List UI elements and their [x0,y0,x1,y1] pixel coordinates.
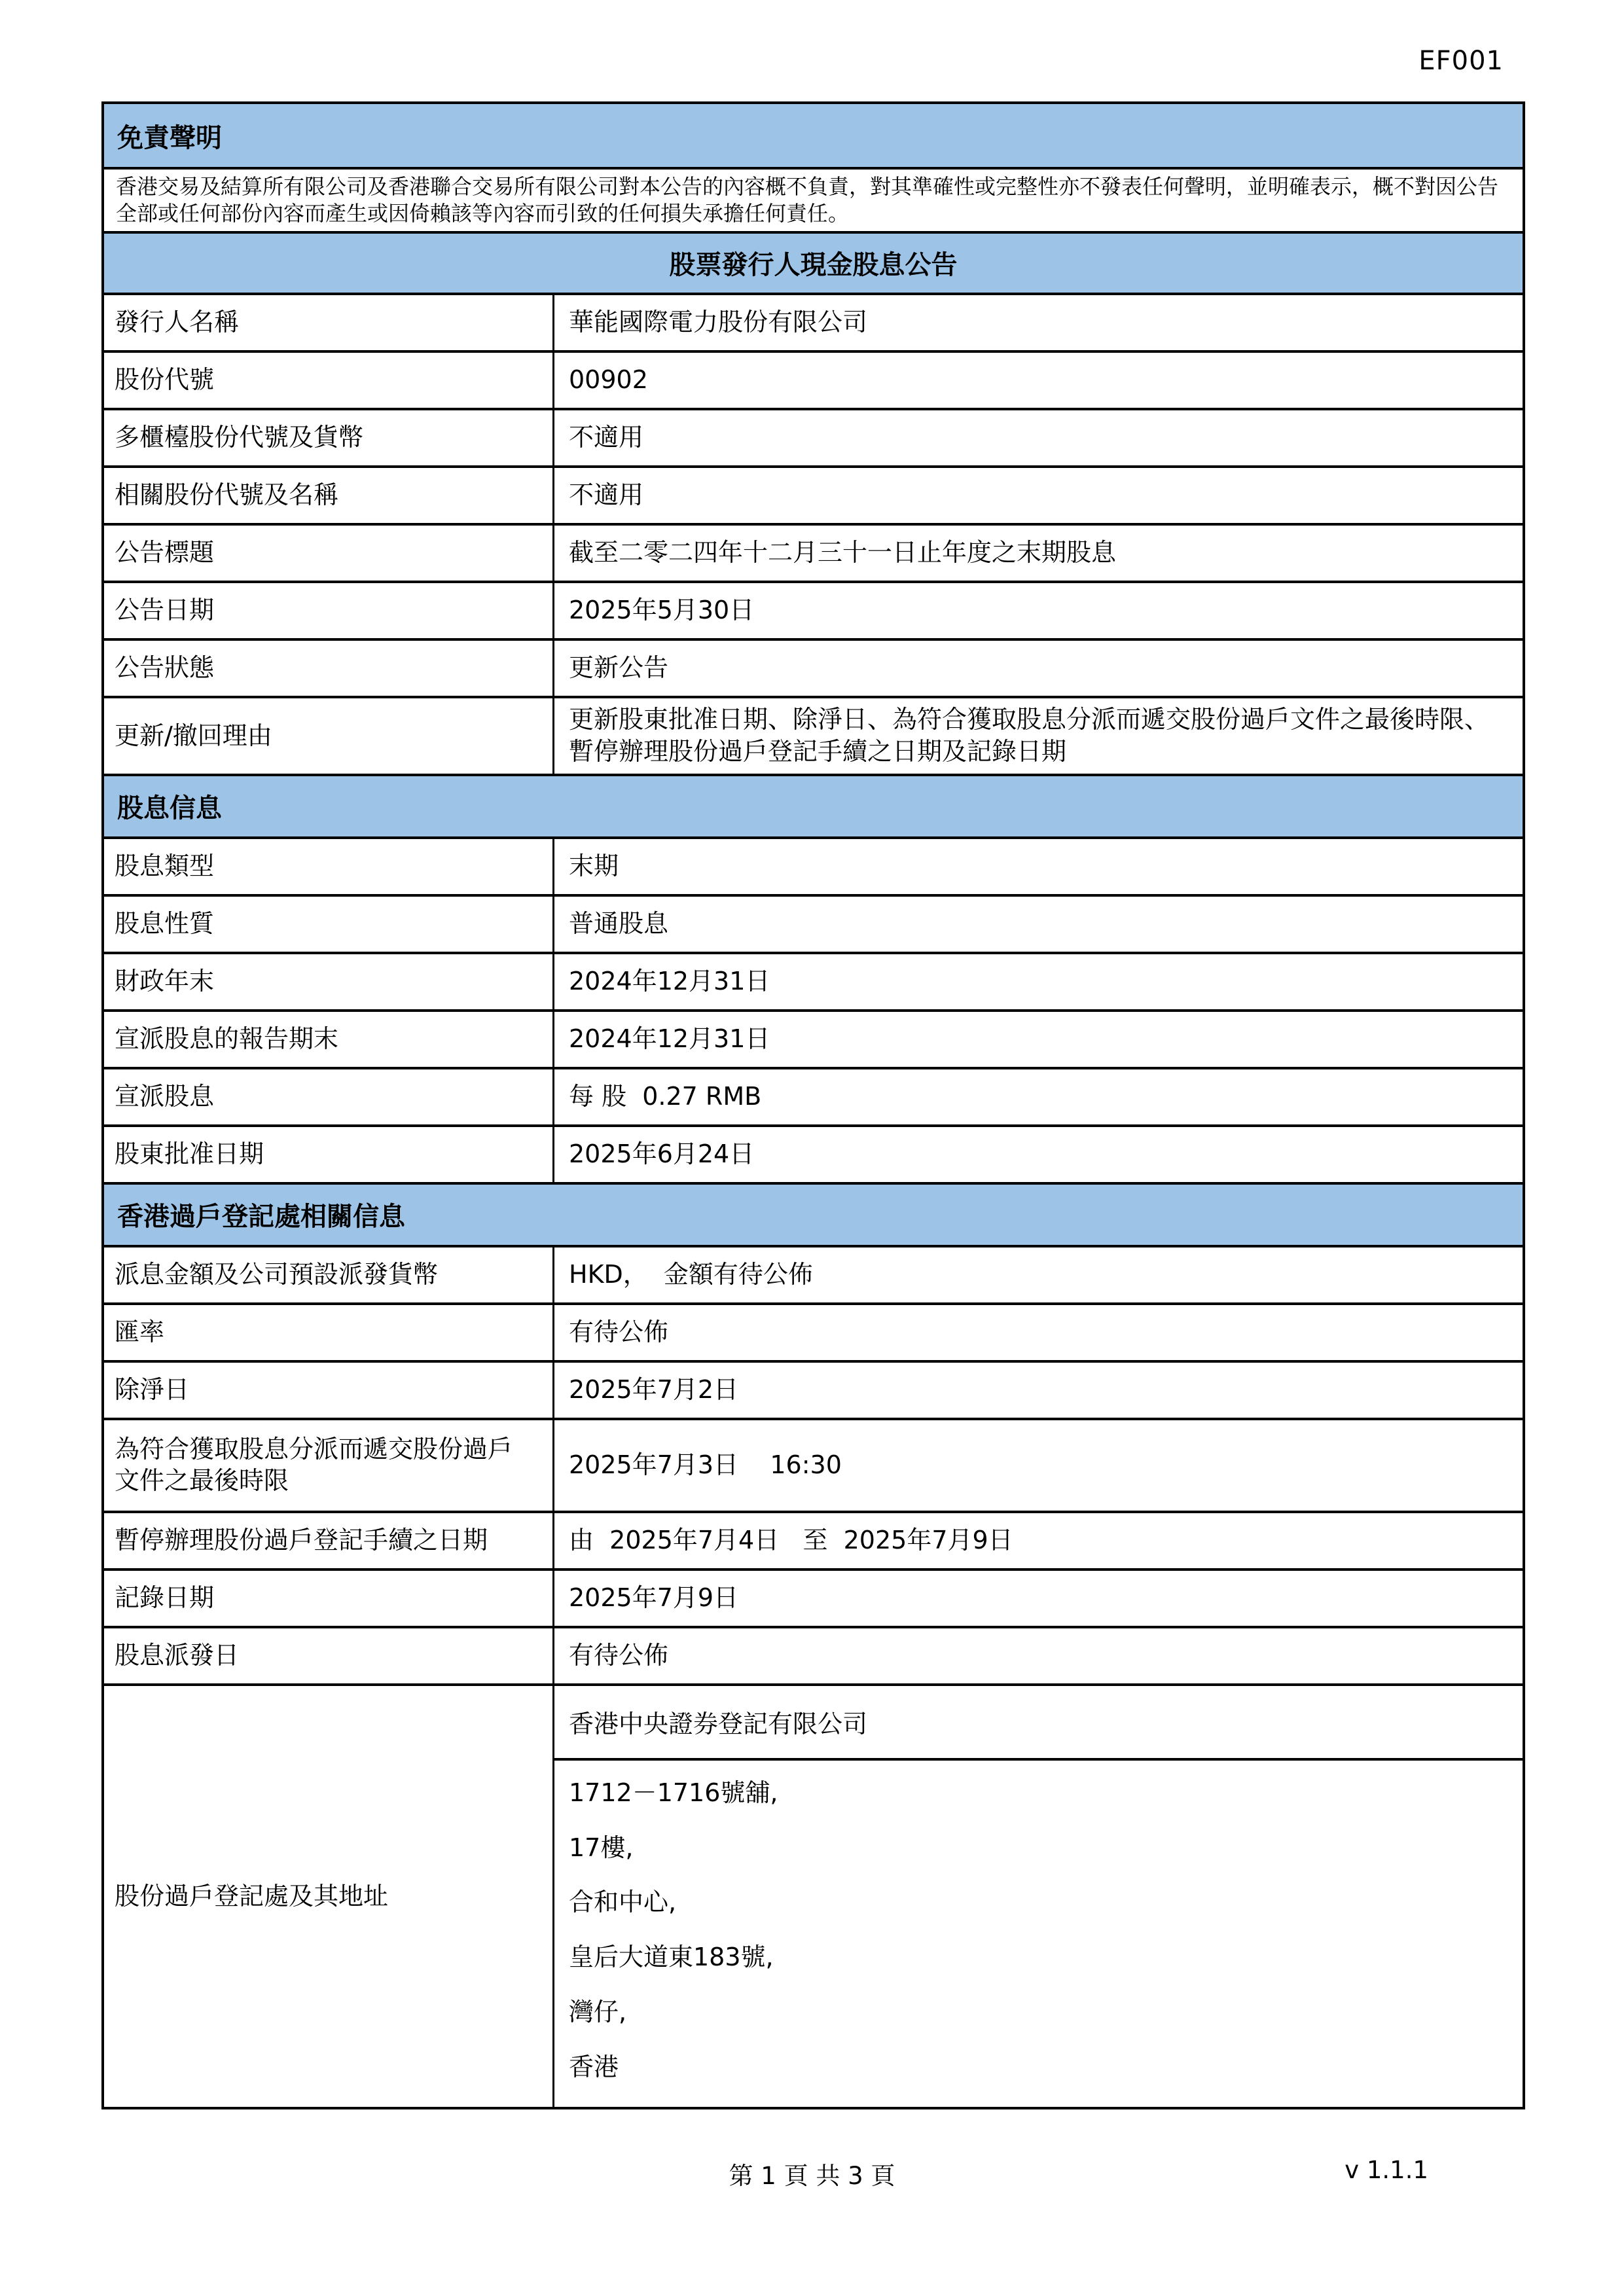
disclaimer-heading: 免責聲明 [117,117,222,154]
table-row: 宣派股息的報告期末 2024年12月31日 [104,1009,1523,1067]
announcement-title: 股票發行人現金股息公告 [670,244,958,281]
registrar-address-line: 香港 [569,2052,1509,2083]
table-row: 公告狀態 更新公告 [104,638,1523,696]
row-label: 宣派股息的報告期末 [104,1012,554,1067]
row-value: 由 2025年7月4日 至 2025年7月9日 [554,1513,1523,1568]
table-row: 公告日期 2025年5月30日 [104,581,1523,638]
registrar-label: 股份過戶登記處及其地址 [104,1686,554,2107]
disclaimer-body: 香港交易及結算所有限公司及香港聯合交易所有限公司對本公告的內容概不負責，對其準確… [104,167,1523,231]
row-label: 為符合獲取股息分派而遞交股份過戶文件之最後時限 [104,1420,554,1511]
row-label: 財政年末 [104,954,554,1009]
hk-registry-section-heading: 香港過戶登記處相關信息 [117,1196,405,1233]
table-row: 股份代號 00902 [104,350,1523,408]
table-row: 股息性質 普通股息 [104,894,1523,952]
announcement-title-bar: 股票發行人現金股息公告 [104,231,1523,293]
row-label: 相關股份代號及名稱 [104,468,554,523]
registrar-address-line: 皇后大道東183號, [569,1942,1509,1973]
row-value: 截至二零二四年十二月三十一日止年度之末期股息 [554,526,1523,581]
row-label: 匯率 [104,1305,554,1360]
announcement-table: 免責聲明 香港交易及結算所有限公司及香港聯合交易所有限公司對本公告的內容概不負責… [101,101,1525,2109]
row-label: 股息性質 [104,897,554,952]
row-value: 2025年7月3日 16:30 [554,1420,1523,1511]
table-row: 匯率 有待公佈 [104,1302,1523,1360]
row-value: 2025年6月24日 [554,1127,1523,1182]
row-label: 暫停辦理股份過戶登記手續之日期 [104,1513,554,1568]
registrar-row: 股份過戶登記處及其地址 香港中央證券登記有限公司 1712－1716號舖, 17… [104,1683,1523,2107]
row-label: 記錄日期 [104,1571,554,1626]
row-value: 2024年12月31日 [554,954,1523,1009]
row-label: 公告日期 [104,583,554,638]
table-row: 公告標題 截至二零二四年十二月三十一日止年度之末期股息 [104,523,1523,581]
row-value: HKD， 金額有待公佈 [554,1247,1523,1302]
row-value: 2025年7月9日 [554,1571,1523,1626]
table-row: 發行人名稱 華能國際電力股份有限公司 [104,293,1523,350]
table-row: 相關股份代號及名稱 不適用 [104,465,1523,523]
row-value: 華能國際電力股份有限公司 [554,295,1523,350]
registrar-address-line: 合和中心, [569,1887,1509,1918]
hk-registry-section-bar: 香港過戶登記處相關信息 [104,1182,1523,1245]
registrar-address-line: 灣仔, [569,1997,1509,2028]
table-row: 多櫃檯股份代號及貨幣 不適用 [104,408,1523,465]
disclaimer-header-bar: 免責聲明 [104,104,1523,167]
registrar-address-line: 17樓, [569,1833,1509,1864]
form-code: EF001 [1418,46,1504,76]
row-value: 00902 [554,353,1523,408]
registrar-name: 香港中央證券登記有限公司 [554,1686,1523,1761]
row-value: 有待公佈 [554,1305,1523,1360]
row-label: 公告狀態 [104,641,554,696]
row-label: 股東批准日期 [104,1127,554,1182]
row-value: 末期 [554,839,1523,894]
row-value: 不適用 [554,468,1523,523]
table-row: 除淨日 2025年7月2日 [104,1360,1523,1418]
row-label: 除淨日 [104,1363,554,1418]
table-row: 股息派發日 有待公佈 [104,1626,1523,1683]
row-label: 多櫃檯股份代號及貨幣 [104,410,554,465]
table-row: 為符合獲取股息分派而遞交股份過戶文件之最後時限 2025年7月3日 16:30 [104,1418,1523,1511]
table-row: 股息類型 末期 [104,836,1523,894]
table-row: 派息金額及公司預設派發貨幣 HKD， 金額有待公佈 [104,1245,1523,1302]
form-version: v 1.1.1 [1344,2156,1428,2184]
registrar-details: 香港中央證券登記有限公司 1712－1716號舖, 17樓, 合和中心, 皇后大… [554,1686,1523,2107]
table-row: 財政年末 2024年12月31日 [104,952,1523,1009]
row-label: 派息金額及公司預設派發貨幣 [104,1247,554,1302]
row-value: 不適用 [554,410,1523,465]
row-label: 發行人名稱 [104,295,554,350]
row-value: 有待公佈 [554,1628,1523,1683]
document-page: EF001 免責聲明 香港交易及結算所有限公司及香港聯合交易所有限公司對本公告的… [0,0,1624,2296]
row-label: 更新/撤回理由 [104,698,554,774]
row-label: 股息類型 [104,839,554,894]
row-value: 普通股息 [554,897,1523,952]
row-label: 股息派發日 [104,1628,554,1683]
row-label: 股份代號 [104,353,554,408]
dividend-section-bar: 股息信息 [104,774,1523,836]
row-label: 公告標題 [104,526,554,581]
row-value: 更新股東批准日期、除淨日、為符合獲取股息分派而遞交股份過戶文件之最後時限、暫停辦… [554,698,1523,774]
row-label: 宣派股息 [104,1069,554,1124]
table-row: 記錄日期 2025年7月9日 [104,1568,1523,1626]
table-row: 更新/撤回理由 更新股東批准日期、除淨日、為符合獲取股息分派而遞交股份過戶文件之… [104,696,1523,774]
registrar-address: 1712－1716號舖, 17樓, 合和中心, 皇后大道東183號, 灣仔, 香… [554,1761,1523,2107]
row-value: 更新公告 [554,641,1523,696]
dividend-section-heading: 股息信息 [117,787,222,825]
row-value: 2025年5月30日 [554,583,1523,638]
table-row: 暫停辦理股份過戶登記手續之日期 由 2025年7月4日 至 2025年7月9日 [104,1511,1523,1568]
table-row: 股東批准日期 2025年6月24日 [104,1124,1523,1182]
row-value: 每 股 0.27 RMB [554,1069,1523,1124]
row-value: 2025年7月2日 [554,1363,1523,1418]
row-value: 2024年12月31日 [554,1012,1523,1067]
registrar-address-line: 1712－1716號舖, [569,1778,1509,1809]
table-row: 宣派股息 每 股 0.27 RMB [104,1067,1523,1124]
